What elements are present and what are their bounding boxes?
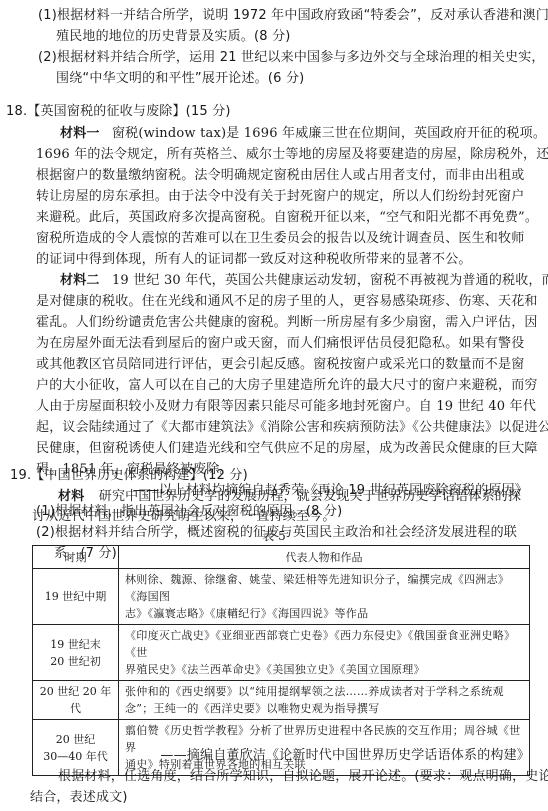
- q18-material2-text: 19 世纪 30 年代，英国公共健康运动发轫，窗税不再被视为普通的税收，而: [112, 273, 548, 288]
- q17-sub1-line2: 殖民地的地位的历史背景及实质。(8 分): [56, 27, 291, 47]
- q18-material2-line: 人由于房屋面积较小及财力有限等因素只能尽可能多地封死窗户。自 19 世纪 40 …: [36, 397, 536, 417]
- q18-material2-line: 或其他教区官员陪同进行评估，更会引起反感。窗税按窗户或采光口的数量而不是窗: [36, 355, 524, 375]
- period-text: 20 世纪 20 年代: [40, 685, 111, 715]
- q18-material2-line: 民健康，但窗税诱使人们建造光线和空气供应不足的房屋，成为改善民众健康的巨大障: [36, 439, 538, 459]
- q19-prompt-line2: 结合，表述成文): [30, 788, 128, 808]
- period-text: 20 世纪: [56, 733, 96, 746]
- q18-material2-line: 碍。1851 年，窗税最终被废除。: [36, 460, 233, 480]
- q18-material2-line: 户的大小征收，富人可以在自己的大房子里建造所允许的最大尺寸的窗户来避税，而穷: [36, 376, 538, 396]
- works-cell: 《印度灭亡战史》《亚细亚西部衰亡史卷》《西力东侵史》《俄国蚕食亚洲史略》《世界殖…: [119, 625, 530, 681]
- q18-material2-first-line: 材料二 19 世纪 30 年代，英国公共健康运动发轫，窗税不再被视为普通的税收，…: [60, 271, 548, 291]
- q18-material1-text: 窗税(window tax)是 1696 年威廉三世在位期间，英国政府开征的税项…: [112, 126, 546, 141]
- works-text: 林则徐、魏源、徐继畲、姚莹、梁廷枏等先进知识分子，编撰完成《四洲志》《海国图: [125, 573, 509, 603]
- works-cell: 林则徐、魏源、徐继畲、姚莹、梁廷枏等先进知识分子，编撰完成《四洲志》《海国图志》…: [119, 569, 530, 625]
- period-text: 30—40 年代: [43, 750, 108, 763]
- works-text: 界殖民史》《法兰西革命史》《美国独立史》《美国立国原理》: [125, 663, 425, 676]
- works-text: 志》《瀛寰志略》《康輶纪行》《海国四说》等作品: [125, 607, 368, 620]
- period-cell: 20 世纪 20 年代: [33, 681, 119, 720]
- q18-material1-first-line: 材料一 窗税(window tax)是 1696 年威廉三世在位期间，英国政府开…: [60, 124, 546, 144]
- table-row: 19 世纪中期 林则徐、魏源、徐继畲、姚莹、梁廷枏等先进知识分子，编撰完成《四洲…: [33, 569, 530, 625]
- q17-sub1-line1: (1)根据材料一并结合所学，说明 1972 年中国政府致函“特委会”，反对承认香…: [38, 6, 548, 26]
- period-text: 20 世纪初: [50, 655, 101, 668]
- q18-material2-line: 是对健康的税收。住在光线和通风不足的房子里的人，更容易感染斑疹、伤寒、天花和: [36, 292, 538, 312]
- q18-material1-label: 材料一: [60, 126, 100, 141]
- works-text: 《印度灭亡战史》《亚细亚西部衰亡史卷》《西力东侵史》《俄国蚕食亚洲史略》《世: [125, 629, 515, 659]
- q18-material1-line: 的证词中得到体现，所有人的证词都一致反对这种税收所带来的显著不公。: [36, 250, 472, 270]
- table-5: 时期 代表人物和作品 19 世纪中期 林则徐、魏源、徐继畲、姚莹、梁廷枏等先进知…: [32, 545, 530, 776]
- column-header-works: 代表人物和作品: [119, 546, 530, 569]
- q18-source: ——以上材料均摘编自赵秀荣《再论 19 世纪英国废除窗税的原因》: [133, 481, 528, 501]
- table-row: 19 世纪末20 世纪初 《印度灭亡战史》《亚细亚西部衰亡史卷》《西力东侵史》《…: [33, 625, 530, 681]
- q18-material1-line: 1696 年的法令规定，所有英格兰、威尔士等地的房屋及将要建造的房屋，除房税外，…: [36, 145, 548, 165]
- q18-material1-line: 根据窗户的数量缴纳窗税。法令明确规定窗税由居住人或占用者支付，而非由出租或: [36, 166, 524, 186]
- q19-source: ——摘编自董欣洁《论新时代中国世界历史学话语体系的构建》: [160, 746, 530, 766]
- q17-sub2-line1: (2)根据材料并结合所学，运用 21 世纪以来中国参与多边外交与全球治理的相关史…: [38, 48, 545, 68]
- q18-material2-line: 为在房屋外面无法看到屋后的窗户或天窗，而人们痛恨评估员侵犯隐私。如果有警役: [36, 334, 524, 354]
- q18-sub1: (1)根据材料，指出英国社会反对窗税的原因。(8 分): [36, 502, 342, 522]
- q18-material1-line: 窗税所造成的令人震惊的苦难可以在卫生委员会的报告以及统计调查员、医生和牧师: [36, 229, 524, 249]
- column-header-period: 时期: [33, 546, 119, 569]
- period-cell: 19 世纪末20 世纪初: [33, 625, 119, 681]
- works-text: 张仲和的《西史纲要》以“纯用提纲挈领之法……养成读者对于学科之系统观: [125, 685, 504, 698]
- q19-prompt-line1: 根据材料，任选角度，结合所学知识，自拟论题，展开论述。(要求：观点明确，史论: [58, 767, 548, 787]
- q18-material2-line: 起，议会陆续通过了《大都市建筑法》《消除公害和疾病预防法》《公共健康法》以促进公: [36, 418, 548, 438]
- period-cell: 19 世纪中期: [33, 569, 119, 625]
- period-text: 19 世纪末: [50, 638, 101, 651]
- q18-material1-line: 转让房屋的房东承担。由于法令中没有关于封死窗户的规定，所以人们纷纷封死窗户: [36, 187, 524, 207]
- period-text: 19 世纪中期: [45, 590, 107, 603]
- table-header-row: 时期 代表人物和作品: [33, 546, 530, 569]
- q17-sub2-line2: 围绕“中华文明的和平性”展开论述。(6 分): [56, 69, 304, 89]
- q18-material1-line: 来避税。此后，英国政府多次提高窗税。自窗税开征以来，“空气和阳光都不再免费”。: [36, 208, 538, 228]
- q18-material2-line: 霍乱。人们纷纷谴责危害公共健康的窗税。判断一所房屋有多少扇窗，需入户评估，因: [36, 313, 538, 333]
- q18-material2-label: 材料二: [60, 273, 100, 288]
- table-title: 表 5: [0, 527, 548, 545]
- q18-title: 18.【英国窗税的征收与废除】(15 分): [6, 102, 231, 122]
- works-text: 念”；王纯一的《西洋史要》以唯物史观为指导撰写: [125, 702, 380, 715]
- works-cell: 张仲和的《西史纲要》以“纯用提纲挈领之法……养成读者对于学科之系统观念”；王纯一…: [119, 681, 530, 720]
- table-row: 20 世纪 20 年代 张仲和的《西史纲要》以“纯用提纲挈领之法……养成读者对于…: [33, 681, 530, 720]
